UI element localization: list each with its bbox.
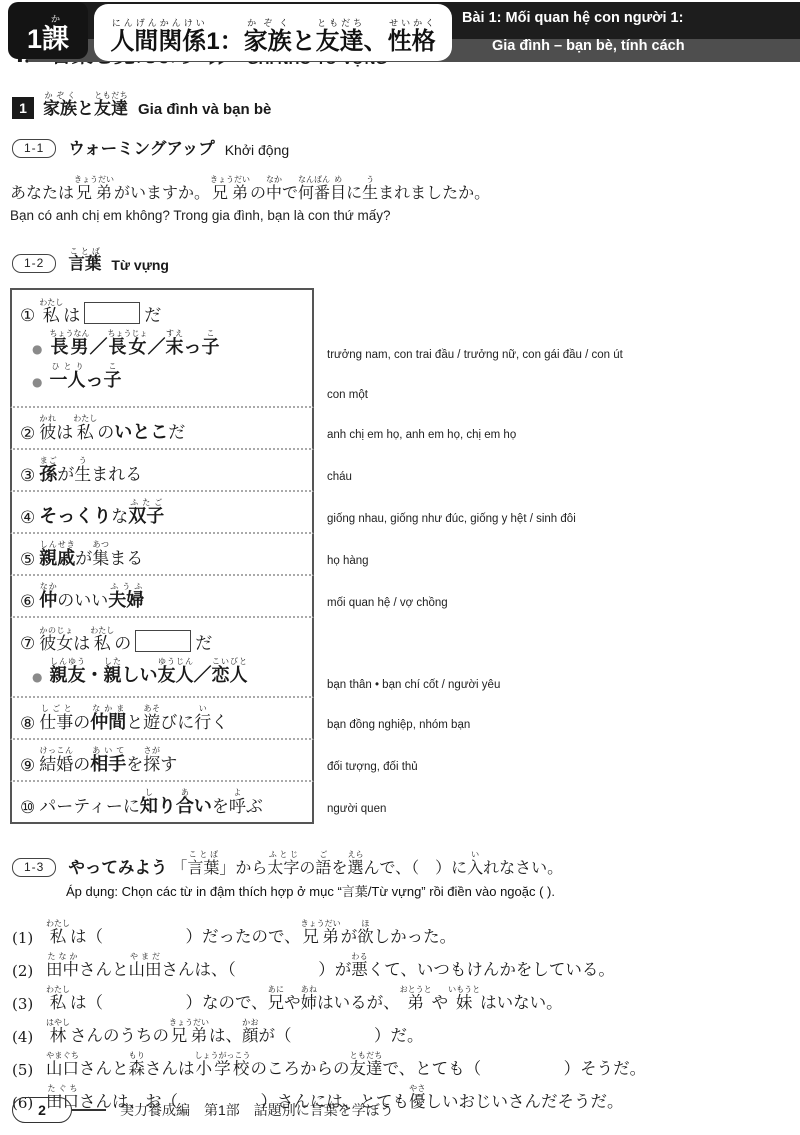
vocab-main-line: ⑨結婚けっこんの相手あいてを探さがす — [20, 743, 312, 776]
footer-line — [72, 1109, 106, 1111]
exercise-line: (5)山口やまぐちさんと森もりさんは小学校しょうがっこうのころからの友達ともだち… — [12, 1046, 800, 1079]
vocab-jp-cell: ⑦彼女かのじょは私わたしのだ●親友しんゆう・親したしい友人ゆうじん／恋人こいびと — [10, 618, 314, 698]
vocab-translation-cell: họ hàng — [314, 534, 800, 576]
vocab-main-line: ⑦彼女かのじょは私わたしのだ — [20, 621, 312, 654]
vocab-main-line: ③孫まごが生うまれる — [20, 453, 312, 486]
vocab-translation-text: họ hàng — [327, 534, 800, 574]
lesson-number-badge: 1課か — [8, 2, 88, 59]
exercise-number: (2) — [12, 962, 46, 980]
vocab-jp-cell: ⑨結婚けっこんの相手あいてを探さがす — [10, 740, 314, 782]
page-number: 2 — [12, 1097, 72, 1123]
vocab-jp-text: 仲なかのいい夫婦ふうふ — [39, 582, 144, 612]
vocab-translation-text: giống nhau, giống như đúc, giống y hệt /… — [327, 492, 800, 532]
topic-title-jp: 家族かぞくと友達ともだち — [43, 91, 128, 119]
vocab-translation-cell: trưởng nam, con trai đầu / trưởng nữ, co… — [314, 288, 800, 408]
vocab-translation-text: mối quan hệ / vợ chồng — [327, 576, 800, 616]
vocab-item-number: ⑦ — [20, 634, 35, 654]
vocab-jp-cell: ⑩パーティーに知しり合あいを呼よぶ — [10, 782, 314, 824]
vocab-item-number: ⑧ — [20, 714, 35, 734]
activity-1-2-heading: 1-2 言葉ことば Từ vựng — [12, 247, 800, 274]
vocab-item-number: ⑥ — [20, 592, 35, 612]
vocab-translation-text: trưởng nam, con trai đầu / trưởng nữ, co… — [327, 328, 800, 368]
bullet-icon: ● — [32, 670, 42, 684]
vocab-translation-cell: cháu — [314, 450, 800, 492]
vocab-main-line: ①私わたしはだ — [20, 293, 312, 326]
vocab-translation-text — [327, 618, 800, 658]
topic-heading: 1 家族かぞくと友達ともだち Gia đình và bạn bè — [12, 91, 800, 119]
vocab-jp-text: 親友しんゆう・親したしい友人ゆうじん／恋人こいびと — [49, 657, 247, 687]
activity-1-3-heading: 1-3 やってみよう 「言葉ことば」から太字ふとじの語ごを選えらんで、（ ）に入… — [12, 850, 800, 878]
vocab-jp-text: 一人ひとりっ子こ — [49, 362, 121, 392]
activity-1-2-vn: Từ vựng — [111, 257, 169, 274]
topic-title-vn: Gia đình và bạn bè — [138, 101, 271, 119]
vocab-translation-text — [327, 288, 800, 328]
vocab-translation-text: bạn đồng nghiệp, nhóm bạn — [327, 698, 800, 738]
vocab-jp-text: パーティーに知しり合あいを呼よぶ — [39, 788, 263, 818]
vocab-row: ③孫まごが生うまれるcháu — [10, 450, 800, 492]
vocab-bullet-line: ●親友しんゆう・親したしい友人ゆうじん／恋人こいびと — [20, 654, 312, 687]
exercise-text-jp: 私わたしは（ ）なので、兄あにや姉あねはいるが、弟おとうとや妹いもうとはいない。 — [46, 985, 563, 1013]
exercise-line: (3)私わたしは（ ）なので、兄あにや姉あねはいるが、弟おとうとや妹いもうとはい… — [12, 980, 800, 1013]
vocab-translation-text: anh chị em họ, anh em họ, chị em họ — [327, 408, 800, 448]
exercise-number: (4) — [12, 1028, 46, 1046]
exercise-number: (3) — [12, 995, 46, 1013]
vocab-item-number: ② — [20, 424, 35, 444]
vocab-jp-text: 長男ちょうなん／長女ちょうじょ／末すえっ子こ — [49, 329, 219, 359]
answer-blank-box — [84, 302, 140, 324]
vocab-main-line: ⑤親戚しんせきが集あつまる — [20, 537, 312, 570]
exercise-text-jp: 林はやしさんのうちの兄弟きょうだいは、顔かおが（ ）だ。 — [46, 1018, 424, 1046]
vocab-table: ①私わたしはだ●長男ちょうなん／長女ちょうじょ／末すえっ子こ●一人ひとりっ子こt… — [10, 288, 800, 824]
page-footer: 2 実力養成編 第1部 話題別に言葉を学ぼう — [12, 1097, 394, 1123]
vocab-jp-text: 仕事しごとの仲間なかまと遊あそびに行いく — [39, 704, 228, 734]
lesson-title-jp: 人間関係にんげんかんけい1：家族かぞくと友達ともだち、性格せいかく — [110, 18, 435, 56]
footer-text: 実力養成編 第1部 話題別に言葉を学ぼう — [120, 1100, 394, 1120]
vocab-main-line: ⑥仲なかのいい夫婦ふうふ — [20, 579, 312, 612]
vocab-bullet-line: ●長男ちょうなん／長女ちょうじょ／末すえっ子こ — [20, 326, 312, 359]
activity-1-2-badge: 1-2 — [12, 254, 56, 273]
exercise-text-jp: 私わたしは（ ）だったので、兄弟きょうだいが欲ほしかった。 — [46, 919, 456, 947]
vocab-jp-cell: ③孫まごが生うまれる — [10, 450, 314, 492]
vocab-row: ⑩パーティーに知しり合あいを呼よぶngười quen — [10, 782, 800, 824]
vocab-row: ④そっくりな双子ふたごgiống nhau, giống như đúc, gi… — [10, 492, 800, 534]
exercise-number: (1) — [12, 929, 46, 947]
vocab-translation-text: cháu — [327, 450, 800, 490]
exercise-text-jp: 山口やまぐちさんと森もりさんは小学校しょうがっこうのころからの友達ともだちで、と… — [46, 1051, 646, 1079]
vocab-jp-text: そっくりな双子ふたご — [39, 498, 164, 528]
vocab-translation-cell: người quen — [314, 782, 800, 824]
warmup-question-jp: あなたは兄弟きょうだいがいますか。兄弟きょうだいの中なかで何番なんばん目めに生う… — [10, 175, 800, 203]
activity-1-1-heading: 1-1 ウォーミングアップ Khởi động — [12, 135, 800, 159]
vocab-jp-text: 結婚けっこんの相手あいてを探さがす — [39, 746, 177, 776]
exercise-line: (1)私わたしは（ ）だったので、兄弟きょうだいが欲ほしかった。 — [12, 914, 800, 947]
vocab-translation-cell: đối tượng, đối thủ — [314, 740, 800, 782]
activity-1-1-badge: 1-1 — [12, 139, 56, 158]
vocab-translation-cell: giống nhau, giống như đúc, giống y hệt /… — [314, 492, 800, 534]
vocab-row: ⑦彼女かのじょは私わたしのだ●親友しんゆう・親したしい友人ゆうじん／恋人こいびと… — [10, 618, 800, 698]
vocab-main-line: ④そっくりな双子ふたご — [20, 495, 312, 528]
vocab-jp-cell: ④そっくりな双子ふたご — [10, 492, 314, 534]
vocab-row: ①私わたしはだ●長男ちょうなん／長女ちょうじょ／末すえっ子こ●一人ひとりっ子こt… — [10, 288, 800, 408]
vocab-translation-text: con một — [327, 368, 800, 408]
vocab-main-line: ⑧仕事しごとの仲間なかまと遊あそびに行いく — [20, 701, 312, 734]
vocab-bullet-line: ●一人ひとりっ子こ — [20, 359, 312, 392]
activity-1-2-label: 言葉ことば — [68, 247, 101, 274]
vocab-translation-text: người quen — [327, 782, 800, 822]
activity-1-3-label: やってみよう — [68, 854, 167, 878]
exercise-line: (4)林はやしさんのうちの兄弟きょうだいは、顔かおが（ ）だ。 — [12, 1013, 800, 1046]
vocab-translation-cell: bạn thân • bạn chí cốt / người yêu — [314, 618, 800, 698]
vocab-item-number: ⑨ — [20, 756, 35, 776]
vocab-jp-cell: ⑤親戚しんせきが集あつまる — [10, 534, 314, 576]
activity-1-1-vn: Khởi động — [225, 142, 289, 159]
vocab-item-number: ④ — [20, 508, 35, 528]
vocab-row: ⑨結婚けっこんの相手あいてを探さがすđối tượng, đối thủ — [10, 740, 800, 782]
vocab-jp-cell: ①私わたしはだ●長男ちょうなん／長女ちょうじょ／末すえっ子こ●一人ひとりっ子こ — [10, 288, 314, 408]
vocab-item-number: ① — [20, 306, 35, 326]
vocab-row: ②彼かれは私わたしのいとこだanh chị em họ, anh em họ, … — [10, 408, 800, 450]
warmup-question-vn: Bạn có anh chị em không? Trong gia đình,… — [10, 208, 800, 223]
exercise-line: (2)田中たなかさんと山田やまださんは、（ ）が悪わるくて、いつもけんかをしてい… — [12, 947, 800, 980]
lesson-title-box: 人間関係にんげんかんけい1：家族かぞくと友達ともだち、性格せいかく — [94, 4, 452, 61]
exercise-list: (1)私わたしは（ ）だったので、兄弟きょうだいが欲ほしかった。(2)田中たなか… — [12, 914, 800, 1112]
vocab-main-line: ⑩パーティーに知しり合あいを呼よぶ — [20, 785, 312, 818]
vocab-jp-text: 孫まごが生うまれる — [39, 456, 142, 486]
vocab-row: ⑥仲なかのいい夫婦ふうふmối quan hệ / vợ chồng — [10, 576, 800, 618]
vocab-translation-cell: mối quan hệ / vợ chồng — [314, 576, 800, 618]
lesson-number: 1課か — [27, 14, 69, 56]
exercise-number: (5) — [12, 1061, 46, 1079]
vocab-jp-cell: ⑥仲なかのいい夫婦ふうふ — [10, 576, 314, 618]
vocab-translation-cell: anh chị em họ, anh em họ, chị em họ — [314, 408, 800, 450]
activity-1-3-badge: 1-3 — [12, 858, 56, 877]
vocab-main-line: ②彼かれは私わたしのいとこだ — [20, 411, 312, 444]
bullet-icon: ● — [32, 375, 42, 389]
vocab-item-number: ③ — [20, 466, 35, 486]
vocab-jp-text: 彼女かのじょは私わたしのだ — [39, 626, 212, 654]
textbook-page: 1課か 人間関係にんげんかんけい1：家族かぞくと友達ともだち、性格せいかく Bà… — [0, 0, 800, 1135]
topic-number-square: 1 — [12, 97, 34, 119]
vocab-row: ⑧仕事しごとの仲間なかまと遊あそびに行いくbạn đồng nghiệp, nh… — [10, 698, 800, 740]
vocab-item-number: ⑤ — [20, 550, 35, 570]
vocab-jp-text: 彼かれは私わたしのいとこだ — [39, 414, 185, 444]
exercise-text-jp: 田中たなかさんと山田やまださんは、（ ）が悪わるくて、いつもけんかをしている。 — [46, 952, 615, 980]
bullet-icon: ● — [32, 342, 42, 356]
vocab-translation-text: đối tượng, đối thủ — [327, 740, 800, 780]
vocab-translation-cell: bạn đồng nghiệp, nhóm bạn — [314, 698, 800, 740]
activity-1-3-instruction-jp: 「言葉ことば」から太字ふとじの語ごを選えらんで、（ ）に入いれなさい。 — [171, 850, 563, 878]
vocab-row: ⑤親戚しんせきが集あつまるhọ hàng — [10, 534, 800, 576]
activity-1-1-label: ウォーミングアップ — [68, 135, 214, 159]
activity-1-3-instruction-vn: Áp dụng: Chọn các từ in đậm thích hợp ở … — [66, 881, 800, 900]
vocab-jp-text: 親戚しんせきが集あつまる — [39, 540, 143, 570]
vocab-translation-text: bạn thân • bạn chí cốt / người yêu — [327, 658, 800, 698]
lesson-header: 1課か 人間関係にんげんかんけい1：家族かぞくと友達ともだち、性格せいかく Bà… — [0, 2, 800, 62]
lesson-title-vn-line1: Bài 1: Mối quan hệ con người 1: — [462, 10, 683, 26]
vocab-item-number: ⑩ — [20, 798, 35, 818]
answer-blank-box — [135, 630, 191, 652]
vocab-jp-cell: ②彼かれは私わたしのいとこだ — [10, 408, 314, 450]
vocab-jp-text: 私わたしはだ — [39, 298, 161, 326]
vocab-jp-cell: ⑧仕事しごとの仲間なかまと遊あそびに行いく — [10, 698, 314, 740]
lesson-title-vn-line2: Gia đình – bạn bè, tính cách — [492, 38, 685, 54]
